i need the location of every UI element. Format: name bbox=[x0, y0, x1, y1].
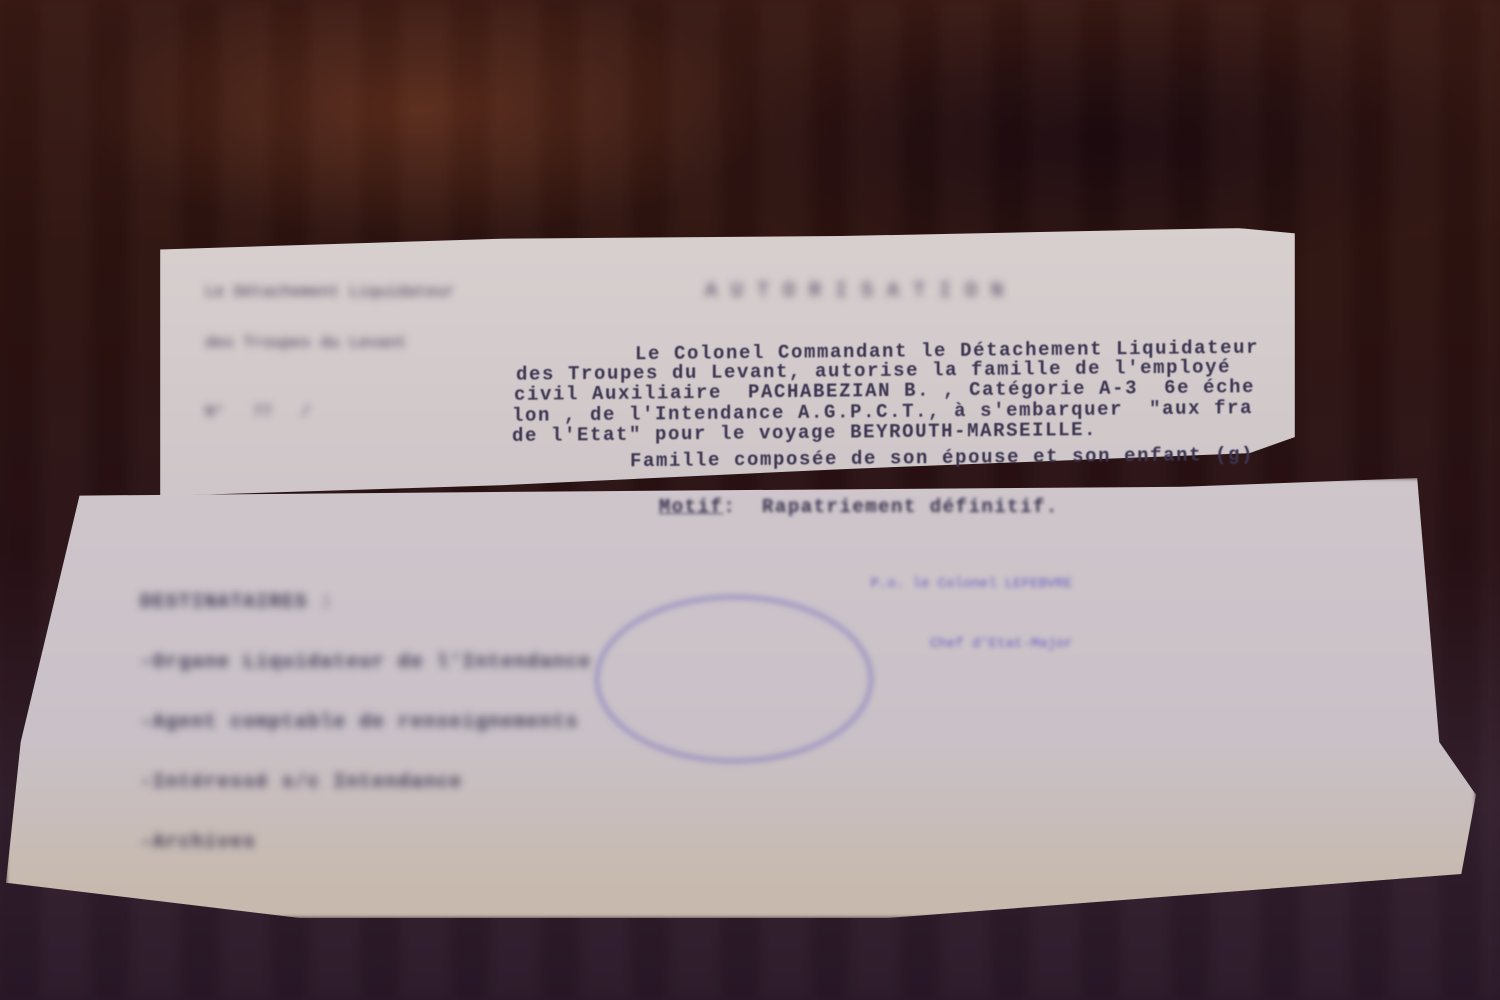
motif-line: Motif: Rapatriement définitif. bbox=[633, 474, 1059, 518]
signature-line: Chef d'Etat-Major bbox=[870, 634, 1073, 654]
recipients-label: DESTINATAIRES : bbox=[140, 592, 592, 612]
signature-line: P.o. le Colonel LEFEBVRE bbox=[870, 574, 1073, 594]
recipient-item: -Organe Liquidateur de l'Intendance bbox=[140, 652, 592, 672]
motif-text: : Rapatriement définitif. bbox=[723, 496, 1058, 518]
reference-number: N° 77 / bbox=[205, 404, 455, 421]
recipient-item: -Agent comptable de renseignements bbox=[140, 712, 592, 732]
official-stamp bbox=[595, 595, 873, 763]
motif-label: Motif bbox=[659, 496, 724, 518]
recipients-block: DESTINATAIRES : -Organe Liquidateur de l… bbox=[140, 552, 592, 872]
document-title: AUTORISATION bbox=[705, 280, 1017, 303]
header-block: Le Détachement Liquidateur des Troupes d… bbox=[205, 250, 455, 438]
recipient-item: -Archives bbox=[140, 832, 592, 852]
header-line: Le Détachement Liquidateur bbox=[205, 284, 455, 301]
recipient-item: -Intéressé s/c Intendance bbox=[140, 772, 592, 792]
header-line: des Troupes du Levant bbox=[205, 335, 455, 352]
signature-block: P.o. le Colonel LEFEBVRE Chef d'Etat-Maj… bbox=[870, 534, 1073, 674]
